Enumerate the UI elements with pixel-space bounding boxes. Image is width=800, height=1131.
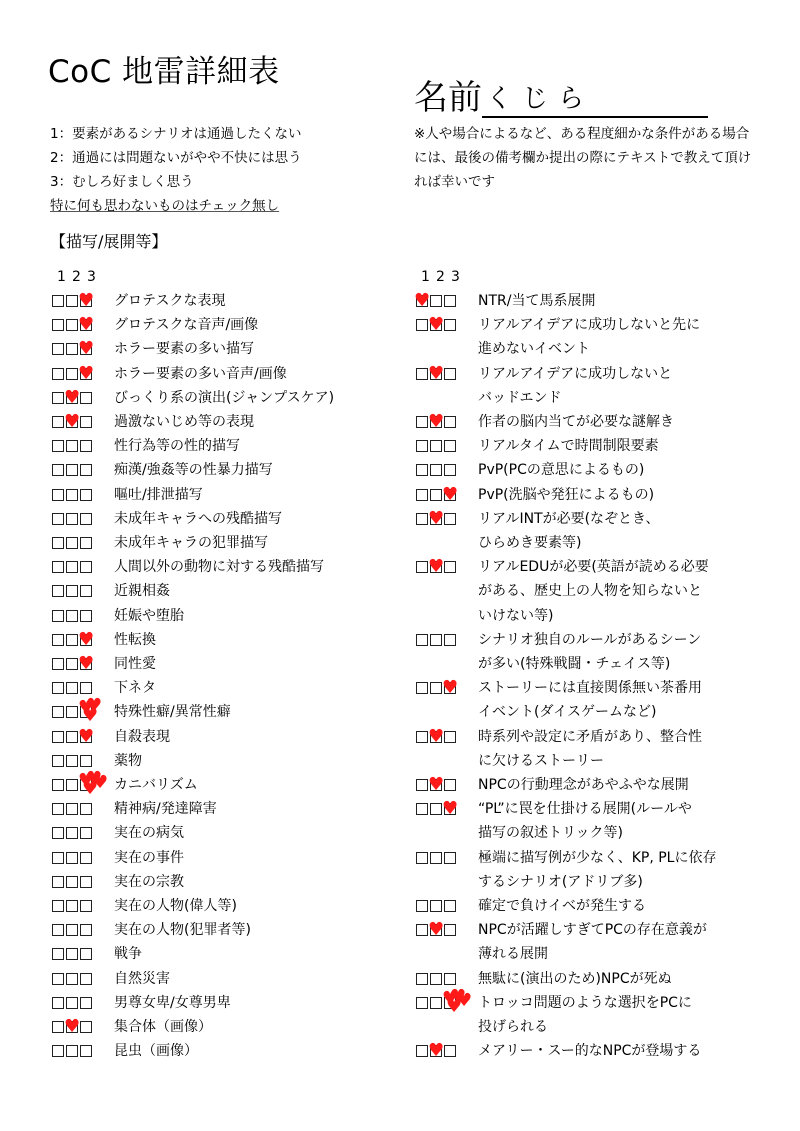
checkbox-2[interactable] xyxy=(66,876,78,888)
rating-checkboxes: ♥♥♥♥ xyxy=(416,991,462,1009)
checkbox-1[interactable] xyxy=(52,924,64,936)
checklist-row: 実在の事件 xyxy=(52,846,392,870)
right-checklist: 123 ♥NTR/当て馬系展開♥リアルアイデアに成功しないと先に 進めないイベン… xyxy=(416,267,766,1064)
item-label: 男尊女卑/女尊男卑 xyxy=(98,991,231,1015)
checkbox-3[interactable] xyxy=(80,997,92,1009)
checkbox-2[interactable] xyxy=(66,1045,78,1057)
heart-mark-icon: ♥ xyxy=(64,413,80,431)
checkbox-2[interactable] xyxy=(66,948,78,960)
checkbox-2[interactable]: ♥ xyxy=(430,368,442,380)
item-label: シナリオ独自のルールがあるシーン が多い(特殊戦闘・チェイス等) xyxy=(462,628,701,676)
checkbox-2[interactable] xyxy=(66,489,78,501)
checkbox-1[interactable] xyxy=(416,416,428,428)
checkbox-2[interactable]: ♥ xyxy=(430,416,442,428)
checkbox-3[interactable] xyxy=(444,440,456,452)
name-value[interactable]: くじら xyxy=(486,82,594,116)
checkbox-2[interactable]: ♥ xyxy=(430,319,442,331)
checkbox-2[interactable] xyxy=(430,900,442,912)
checkbox-2[interactable] xyxy=(66,440,78,452)
checklist-row: 無駄に(演出のため)NPCが死ぬ xyxy=(416,967,766,991)
column-header-1: 1 xyxy=(54,267,69,287)
checklist-row: ♥集合体（画像） xyxy=(52,1015,392,1039)
checkbox-3[interactable] xyxy=(444,1045,456,1057)
checklist-row: シナリオ独自のルールがあるシーン が多い(特殊戦闘・チェイス等) xyxy=(416,628,766,676)
checkbox-1[interactable] xyxy=(416,319,428,331)
checklist-row: 実在の人物(犯罪者等) xyxy=(52,918,392,942)
checklist-row: ♥グロテスクな表現 xyxy=(52,289,392,313)
heart-mark-icon: ♥ xyxy=(78,631,94,649)
checklist-row: 嘔吐/排泄描写 xyxy=(52,483,392,507)
rating-checkboxes: ♥ xyxy=(52,362,98,380)
section-title: 【描写/展開等】 xyxy=(50,230,167,254)
checkbox-3[interactable] xyxy=(444,295,456,307)
checklist-row: ♥リアルINTが必要(なぞとき、 ひらめき要素等) xyxy=(416,507,766,555)
legend-2: 2：通過には問題ないがやや不快には思う xyxy=(50,146,302,170)
checkbox-1[interactable] xyxy=(416,682,428,694)
heart-mark-icon: ♥ xyxy=(414,292,430,310)
heart-mark-icon: ♥ xyxy=(64,1018,80,1036)
item-label: 性転換 xyxy=(98,628,156,652)
checkbox-2[interactable] xyxy=(66,924,78,936)
checkbox-2[interactable]: ♥ xyxy=(430,779,442,791)
checkbox-3[interactable] xyxy=(80,827,92,839)
checkbox-1[interactable] xyxy=(52,803,64,815)
checkbox-3[interactable] xyxy=(80,440,92,452)
checklist-row: 薬物 xyxy=(52,749,392,773)
checkbox-3[interactable] xyxy=(80,755,92,767)
checklist-row: ♥♥♥♥トロッコ問題のような選択をPCに 投げられる xyxy=(416,991,766,1039)
checklist-row: ♥性転換 xyxy=(52,628,392,652)
checkbox-1[interactable] xyxy=(52,779,64,791)
checkbox-2[interactable] xyxy=(430,295,442,307)
item-label: ストーリーには直接関係無い茶番用 イベント(ダイスゲームなど) xyxy=(462,676,702,724)
checkbox-1[interactable] xyxy=(52,610,64,622)
heart-mark-icon: ♥ xyxy=(428,413,444,431)
checkbox-3[interactable]: ♥ xyxy=(444,682,456,694)
checkbox-3[interactable]: ♥ xyxy=(80,343,92,355)
checklist-row: ♥NTR/当て馬系展開 xyxy=(416,289,766,313)
item-label: 同性愛 xyxy=(98,652,156,676)
checkbox-2[interactable] xyxy=(430,997,442,1009)
item-label: リアルアイデアに成功しないと バッドエンド xyxy=(462,362,672,410)
rating-checkboxes xyxy=(52,821,98,839)
item-label: リアルアイデアに成功しないと先に 進めないイベント xyxy=(462,313,700,361)
checkbox-3[interactable] xyxy=(80,973,92,985)
checkbox-2[interactable] xyxy=(66,852,78,864)
checkbox-2[interactable] xyxy=(66,731,78,743)
checklist-row: ♥ストーリーには直接関係無い茶番用 イベント(ダイスゲームなど) xyxy=(416,676,766,724)
heart-mark-icon: ♥ xyxy=(78,316,94,334)
checkbox-3[interactable]: ♥ xyxy=(444,803,456,815)
heart-mark-icon: ♥ xyxy=(428,510,444,528)
item-label: 未成年キャラへの残酷描写 xyxy=(98,507,282,531)
item-label: カニバリズム xyxy=(98,773,198,797)
checkbox-3[interactable] xyxy=(80,585,92,597)
checkbox-1[interactable] xyxy=(52,682,64,694)
checkbox-2[interactable] xyxy=(66,513,78,525)
item-label: 実在の事件 xyxy=(98,846,184,870)
checkbox-3[interactable] xyxy=(80,416,92,428)
checklist-row: ♥NPCの行動理念があやふやな展開 xyxy=(416,773,766,797)
checkbox-2[interactable] xyxy=(66,319,78,331)
checkbox-2[interactable] xyxy=(66,634,78,646)
checkbox-3[interactable] xyxy=(80,948,92,960)
rating-checkboxes: ♥ xyxy=(52,652,98,670)
checkbox-2[interactable] xyxy=(66,682,78,694)
checkbox-1[interactable] xyxy=(52,392,64,404)
checkbox-1[interactable] xyxy=(52,513,64,525)
checkbox-3[interactable] xyxy=(444,634,456,646)
column-header: 123 xyxy=(416,267,766,289)
heart-mark-icon: ♥ xyxy=(428,776,444,794)
checkbox-1[interactable] xyxy=(52,561,64,573)
rating-checkboxes xyxy=(52,579,98,597)
checkbox-3[interactable] xyxy=(80,489,92,501)
checkbox-1[interactable] xyxy=(416,1045,428,1057)
checkbox-1[interactable] xyxy=(416,997,428,1009)
checkbox-3[interactable] xyxy=(80,682,92,694)
item-label: NTR/当て馬系展開 xyxy=(462,289,595,313)
checkbox-1[interactable] xyxy=(52,416,64,428)
checkbox-2[interactable] xyxy=(66,755,78,767)
checkbox-1[interactable] xyxy=(416,561,428,573)
rating-checkboxes: ♥ xyxy=(416,1039,462,1057)
checkbox-3[interactable] xyxy=(80,537,92,549)
heart-mark-icon: ♥ xyxy=(78,340,94,358)
checklist-row: ♥自殺表現 xyxy=(52,725,392,749)
item-label: リアルINTが必要(なぞとき、 ひらめき要素等) xyxy=(462,507,660,555)
checkbox-2[interactable] xyxy=(66,537,78,549)
heart-mark-icon: ♥ xyxy=(442,486,458,504)
heart-mark-icon: ♥ xyxy=(78,772,94,790)
checkbox-3[interactable] xyxy=(80,924,92,936)
rating-checkboxes: ♥ xyxy=(52,289,98,307)
checkbox-3[interactable] xyxy=(80,513,92,525)
checkbox-1[interactable] xyxy=(416,973,428,985)
checkbox-2[interactable] xyxy=(66,368,78,380)
rating-checkboxes xyxy=(416,894,462,912)
checkbox-3[interactable]: ♥ xyxy=(80,634,92,646)
checkbox-2[interactable] xyxy=(66,658,78,670)
checklist-row: ♥メアリー・スー的なNPCが登場する xyxy=(416,1039,766,1063)
checkbox-1[interactable] xyxy=(52,973,64,985)
checklist-row: 確定で負けイベが発生する xyxy=(416,894,766,918)
checkbox-3[interactable]: ♥♥♥♥ xyxy=(80,779,92,791)
heart-mark-icon: ♥ xyxy=(428,728,444,746)
rating-checkboxes xyxy=(52,749,98,767)
checkbox-2[interactable] xyxy=(430,973,442,985)
rating-checkboxes xyxy=(52,507,98,525)
heart-mark-icon: ♥ xyxy=(442,800,458,818)
checkbox-2[interactable] xyxy=(66,585,78,597)
checklist-row: ♥作者の脳内当てが必要な謎解き xyxy=(416,410,766,434)
checkbox-2[interactable] xyxy=(66,827,78,839)
checkbox-2[interactable]: ♥ xyxy=(430,561,442,573)
checkbox-3[interactable] xyxy=(80,803,92,815)
column-header: 123 xyxy=(52,267,392,289)
item-label: 性行為等の性的描写 xyxy=(98,434,240,458)
checkbox-1[interactable] xyxy=(52,464,64,476)
checkbox-3[interactable]: ♥ xyxy=(80,319,92,331)
checkbox-1[interactable] xyxy=(52,489,64,501)
checkbox-3[interactable] xyxy=(80,876,92,888)
checklist-row: 男尊女卑/女尊男卑 xyxy=(52,991,392,1015)
item-label: リアルタイムで時間制限要素 xyxy=(462,434,659,458)
checklist-row: ♥NPCが活躍しすぎてPCの存在意義が 薄れる展開 xyxy=(416,918,766,966)
checklist-row: ♥過激ないじめ等の表現 xyxy=(52,410,392,434)
column-header-3: 3 xyxy=(84,267,99,287)
rating-checkboxes xyxy=(52,483,98,501)
checkbox-2[interactable] xyxy=(430,852,442,864)
rating-checkboxes xyxy=(52,1039,98,1057)
checkbox-3[interactable] xyxy=(444,924,456,936)
checklist-row: 未成年キャラの犯罪描写 xyxy=(52,531,392,555)
heart-mark-icon: ♥ xyxy=(442,990,458,1008)
item-label: 自殺表現 xyxy=(98,725,170,749)
checkbox-3[interactable] xyxy=(80,392,92,404)
checklist-row: 痴漢/強姦等の性暴力描写 xyxy=(52,458,392,482)
checkbox-3[interactable]: ♥ xyxy=(444,489,456,501)
checkbox-2[interactable] xyxy=(66,561,78,573)
checklist-row: 未成年キャラへの残酷描写 xyxy=(52,507,392,531)
checkbox-3[interactable] xyxy=(444,561,456,573)
rating-checkboxes: ♥ xyxy=(52,337,98,355)
checklist-row: ♥ホラー要素の多い描写 xyxy=(52,337,392,361)
checkbox-2[interactable]: ♥ xyxy=(430,924,442,936)
checkbox-3[interactable] xyxy=(444,464,456,476)
checkbox-3[interactable] xyxy=(444,416,456,428)
rating-checkboxes: ♥ xyxy=(416,483,462,501)
checkbox-1[interactable] xyxy=(52,948,64,960)
item-label: 特殊性癖/異常性癖 xyxy=(98,700,231,724)
checkbox-2[interactable] xyxy=(66,997,78,1009)
page-title: CoC 地雷詳細表 xyxy=(48,52,280,92)
checkbox-3[interactable] xyxy=(444,852,456,864)
checkbox-1[interactable] xyxy=(416,779,428,791)
checkbox-1[interactable] xyxy=(52,706,64,718)
checkbox-3[interactable]: ♥ xyxy=(80,658,92,670)
checkbox-1[interactable] xyxy=(416,924,428,936)
checkbox-3[interactable] xyxy=(80,1045,92,1057)
checkbox-1[interactable] xyxy=(416,634,428,646)
checkbox-2[interactable]: ♥ xyxy=(430,731,442,743)
checkbox-2[interactable]: ♥ xyxy=(66,416,78,428)
checkbox-1[interactable] xyxy=(416,513,428,525)
checkbox-3[interactable]: ♥♥♥♥ xyxy=(444,997,456,1009)
legend-1: 1：要素があるシナリオは通過したくない xyxy=(50,122,302,146)
checkbox-2[interactable] xyxy=(66,706,78,718)
checkbox-3[interactable] xyxy=(444,900,456,912)
checkbox-1[interactable] xyxy=(52,634,64,646)
checkbox-2[interactable] xyxy=(430,634,442,646)
rating-checkboxes: ♥ xyxy=(416,410,462,428)
checkbox-3[interactable]: ♥ xyxy=(80,368,92,380)
heart-mark-icon: ♥ xyxy=(428,365,444,383)
item-label: 精神病/発達障害 xyxy=(98,797,217,821)
checklist-row: ♥時系列や設定に矛盾があり、整合性 に欠けるストーリー xyxy=(416,725,766,773)
name-field[interactable]: 名前 くじら xyxy=(414,78,710,118)
checklist-row: 妊娠や堕胎 xyxy=(52,604,392,628)
heart-mark-icon: ♥ xyxy=(428,921,444,939)
checkbox-1[interactable] xyxy=(52,319,64,331)
checkbox-3[interactable] xyxy=(444,368,456,380)
item-label: びっくり系の演出(ジャンプスケア) xyxy=(98,386,334,410)
checkbox-1[interactable] xyxy=(52,876,64,888)
checkbox-3[interactable] xyxy=(444,731,456,743)
checklist-row: リアルタイムで時間制限要素 xyxy=(416,434,766,458)
checkbox-3[interactable] xyxy=(80,561,92,573)
heart-mark-icon: ♥ xyxy=(78,655,94,673)
checklist-row: 戦争 xyxy=(52,942,392,966)
checkbox-3[interactable] xyxy=(80,852,92,864)
item-label: 痴漢/強姦等の性暴力描写 xyxy=(98,458,273,482)
checkbox-2[interactable]: ♥ xyxy=(430,1045,442,1057)
rating-checkboxes: ♥ xyxy=(416,507,462,525)
checkbox-2[interactable] xyxy=(66,973,78,985)
checkbox-3[interactable]: ♥♥♥ xyxy=(80,706,92,718)
checkbox-1[interactable] xyxy=(416,731,428,743)
checkbox-2[interactable] xyxy=(66,803,78,815)
item-label: PvP(洗脳や発狂によるもの) xyxy=(462,483,654,507)
checklist-row: PvP(PCの意思によるもの) xyxy=(416,458,766,482)
rating-checkboxes: ♥ xyxy=(416,676,462,694)
checkbox-2[interactable] xyxy=(66,900,78,912)
checklist-row: 人間以外の動物に対する残酷描写 xyxy=(52,555,392,579)
heart-mark-icon: ♥ xyxy=(78,728,94,746)
checkbox-3[interactable] xyxy=(444,513,456,525)
checkbox-2[interactable] xyxy=(66,464,78,476)
checkbox-3[interactable] xyxy=(444,319,456,331)
checkbox-2[interactable] xyxy=(430,803,442,815)
checkbox-1[interactable] xyxy=(416,464,428,476)
column-header-1: 1 xyxy=(418,267,433,287)
rating-checkboxes xyxy=(52,434,98,452)
rating-checkboxes: ♥ xyxy=(52,313,98,331)
item-label: ホラー要素の多い音声/画像 xyxy=(98,362,287,386)
checklist-row: ♥同性愛 xyxy=(52,652,392,676)
rating-checkboxes xyxy=(52,942,98,960)
item-label: 極端に描写例が少なく、KP, PLに依存 するシナリオ(アドリブ多) xyxy=(462,846,717,894)
checkbox-2[interactable] xyxy=(66,610,78,622)
item-label: 作者の脳内当てが必要な謎解き xyxy=(462,410,674,434)
checkbox-1[interactable] xyxy=(52,852,64,864)
checklist-row: 性行為等の性的描写 xyxy=(52,434,392,458)
item-label: 嘔吐/排泄描写 xyxy=(98,483,203,507)
item-label: NPCが活躍しすぎてPCの存在意義が 薄れる展開 xyxy=(462,918,707,966)
checkbox-1[interactable] xyxy=(52,585,64,597)
item-label: 実在の人物(犯罪者等) xyxy=(98,918,251,942)
rating-checkboxes xyxy=(52,846,98,864)
checklist-row: 精神病/発達障害 xyxy=(52,797,392,821)
checkbox-1[interactable] xyxy=(52,658,64,670)
checklist-row: ♥“PL”に罠を仕掛ける展開(ルールや 描写の叙述トリック等) xyxy=(416,797,766,845)
checkbox-3[interactable] xyxy=(444,779,456,791)
rating-checkboxes: ♥ xyxy=(52,410,98,428)
item-label: 人間以外の動物に対する残酷描写 xyxy=(98,555,324,579)
heart-mark-icon: ♥ xyxy=(442,679,458,697)
checkbox-1[interactable] xyxy=(52,343,64,355)
checkbox-2[interactable]: ♥ xyxy=(66,392,78,404)
checkbox-1[interactable] xyxy=(52,440,64,452)
legend: 1：要素があるシナリオは通過したくない 2：通過には問題ないがやや不快には思う … xyxy=(50,122,302,218)
checkbox-1[interactable] xyxy=(52,827,64,839)
checkbox-2[interactable] xyxy=(66,295,78,307)
rating-checkboxes: ♥ xyxy=(52,1015,98,1033)
checkbox-3[interactable] xyxy=(80,464,92,476)
checkbox-1[interactable] xyxy=(52,755,64,767)
item-label: ホラー要素の多い描写 xyxy=(98,337,254,361)
checkbox-1[interactable] xyxy=(52,997,64,1009)
checkbox-3[interactable]: ♥ xyxy=(80,731,92,743)
item-label: 実在の宗教 xyxy=(98,870,184,894)
column-header-3: 3 xyxy=(448,267,463,287)
checkbox-2[interactable] xyxy=(430,682,442,694)
item-label: 自然災害 xyxy=(98,967,170,991)
checkbox-1[interactable]: ♥ xyxy=(416,295,428,307)
checkbox-2[interactable]: ♥ xyxy=(66,1021,78,1033)
checkbox-2[interactable] xyxy=(66,779,78,791)
checkbox-2[interactable] xyxy=(430,464,442,476)
checkbox-1[interactable] xyxy=(52,537,64,549)
checkbox-2[interactable] xyxy=(430,440,442,452)
checkbox-3[interactable]: ♥ xyxy=(80,295,92,307)
rating-checkboxes xyxy=(52,676,98,694)
rating-checkboxes xyxy=(416,967,462,985)
checkbox-1[interactable] xyxy=(52,731,64,743)
checkbox-2[interactable] xyxy=(430,489,442,501)
rating-checkboxes xyxy=(416,846,462,864)
heart-mark-icon: ♥ xyxy=(428,1042,444,1060)
checkbox-3[interactable] xyxy=(444,973,456,985)
checkbox-2[interactable] xyxy=(66,343,78,355)
legend-no-check-note: 特に何も思わないものはチェック無し xyxy=(50,194,302,218)
checkbox-3[interactable] xyxy=(80,610,92,622)
checkbox-1[interactable] xyxy=(52,368,64,380)
rating-checkboxes xyxy=(52,918,98,936)
checklist-row: 実在の人物(偉人等) xyxy=(52,894,392,918)
checkbox-3[interactable] xyxy=(80,900,92,912)
checkbox-1[interactable] xyxy=(416,440,428,452)
rating-checkboxes xyxy=(52,531,98,549)
checkbox-2[interactable]: ♥ xyxy=(430,513,442,525)
item-label: 時系列や設定に矛盾があり、整合性 に欠けるストーリー xyxy=(462,725,702,773)
checkbox-1[interactable] xyxy=(52,900,64,912)
checkbox-1[interactable] xyxy=(52,1045,64,1057)
checklist-row: 実在の病気 xyxy=(52,821,392,845)
checklist-row: ♥♥♥♥カニバリズム xyxy=(52,773,392,797)
heart-mark-icon: ♥ xyxy=(78,292,94,310)
left-checklist: 123 ♥グロテスクな表現♥グロテスクな音声/画像♥ホラー要素の多い描写♥ホラー… xyxy=(52,267,392,1064)
checkbox-1[interactable] xyxy=(416,489,428,501)
checkbox-1[interactable] xyxy=(416,900,428,912)
legend-3: 3：むしろ好ましく思う xyxy=(50,170,302,194)
rating-checkboxes xyxy=(52,458,98,476)
checkbox-1[interactable] xyxy=(416,368,428,380)
item-label: 過激ないじめ等の表現 xyxy=(98,410,254,434)
item-label: 下ネタ xyxy=(98,676,156,700)
checklist-row: ♥びっくり系の演出(ジャンプスケア) xyxy=(52,386,392,410)
checklist-row: ♥グロテスクな音声/画像 xyxy=(52,313,392,337)
checkbox-1[interactable] xyxy=(52,295,64,307)
rating-checkboxes: ♥ xyxy=(52,386,98,404)
checklist-row: ♥♥♥特殊性癖/異常性癖 xyxy=(52,700,392,724)
checkbox-1[interactable] xyxy=(52,1021,64,1033)
checkbox-1[interactable] xyxy=(416,803,428,815)
item-label: トロッコ問題のような選択をPCに 投げられる xyxy=(462,991,692,1039)
checkbox-1[interactable] xyxy=(416,852,428,864)
checklist-row: 近親相姦 xyxy=(52,579,392,603)
checkbox-3[interactable] xyxy=(80,1021,92,1033)
